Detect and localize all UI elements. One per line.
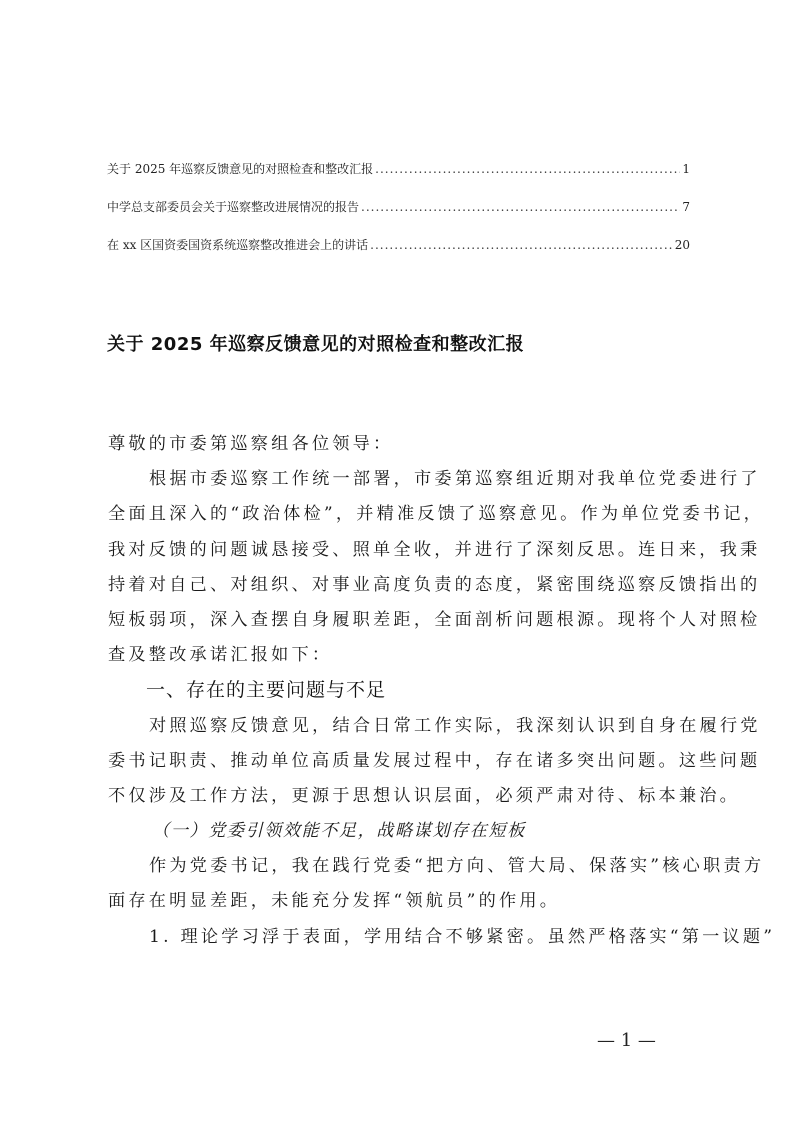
document-body: 尊敬的市委第巡察组各位领导： 根据市委巡察工作统一部署，市委第巡察组近期对我单位… <box>108 427 690 955</box>
paragraph-line: 持着对自己、对组织、对事业高度负责的态度，紧密围绕巡察反馈指出的 <box>108 568 690 603</box>
table-of-contents: 关于 2025 年巡察反馈意见的对照检查和整改汇报 1 中学总支部委员会关于巡察… <box>107 160 690 274</box>
toc-entry-title: 在 xx 区国资委国资系统巡察整改推进会上的讲话 <box>107 236 368 253</box>
toc-entry[interactable]: 关于 2025 年巡察反馈意见的对照检查和整改汇报 1 <box>107 160 690 198</box>
subsection-heading: （一）党委引领效能不足，战略谋划存在短板 <box>108 814 690 849</box>
toc-leader-dots <box>375 162 680 176</box>
toc-entry[interactable]: 中学总支部委员会关于巡察整改进展情况的报告 7 <box>107 198 690 236</box>
toc-entry-page: 20 <box>675 238 690 252</box>
section-heading: 一、存在的主要问题与不足 <box>108 673 690 708</box>
toc-leader-dots <box>361 200 680 214</box>
document-page: 关于 2025 年巡察反馈意见的对照检查和整改汇报 1 中学总支部委员会关于巡察… <box>0 0 793 1122</box>
paragraph-line: 对照巡察反馈意见，结合日常工作实际，我深刻认识到自身在履行党 <box>108 709 690 744</box>
toc-entry[interactable]: 在 xx 区国资委国资系统巡察整改推进会上的讲话 20 <box>107 236 690 274</box>
paragraph-line: 作为党委书记，我在践行党委“把方向、管大局、保落实”核心职责方 <box>108 849 690 884</box>
toc-entry-page: 1 <box>682 162 690 176</box>
paragraph-line: 面存在明显差距，未能充分发挥“领航员”的作用。 <box>108 884 690 919</box>
paragraph-line: 不仅涉及工作方法，更源于思想认识层面，必须严肃对待、标本兼治。 <box>108 779 690 814</box>
salutation: 尊敬的市委第巡察组各位领导： <box>108 427 690 462</box>
paragraph-line: 短板弱项，深入查摆自身履职差距，全面剖析问题根源。现将个人对照检 <box>108 603 690 638</box>
toc-entry-title: 关于 2025 年巡察反馈意见的对照检查和整改汇报 <box>107 160 373 177</box>
paragraph-line: 我对反馈的问题诚恳接受、照单全收，并进行了深刻反思。连日来，我秉 <box>108 533 690 568</box>
page-number: — 1 — <box>597 1030 656 1051</box>
paragraph-line: 1. 理论学习浮于表面，学用结合不够紧密。虽然严格落实“第一议题” <box>108 920 690 955</box>
document-title: 关于 2025 年巡察反馈意见的对照检查和整改汇报 <box>107 330 524 356</box>
toc-leader-dots <box>370 238 673 252</box>
paragraph-line: 委书记职责、推动单位高质量发展过程中，存在诸多突出问题。这些问题 <box>108 744 690 779</box>
toc-entry-page: 7 <box>682 200 690 214</box>
paragraph-line: 根据市委巡察工作统一部署，市委第巡察组近期对我单位党委进行了 <box>108 462 690 497</box>
paragraph-line: 全面且深入的“政治体检”，并精准反馈了巡察意见。作为单位党委书记， <box>108 497 690 532</box>
toc-entry-title: 中学总支部委员会关于巡察整改进展情况的报告 <box>107 198 359 215</box>
paragraph-line: 查及整改承诺汇报如下： <box>108 638 690 673</box>
